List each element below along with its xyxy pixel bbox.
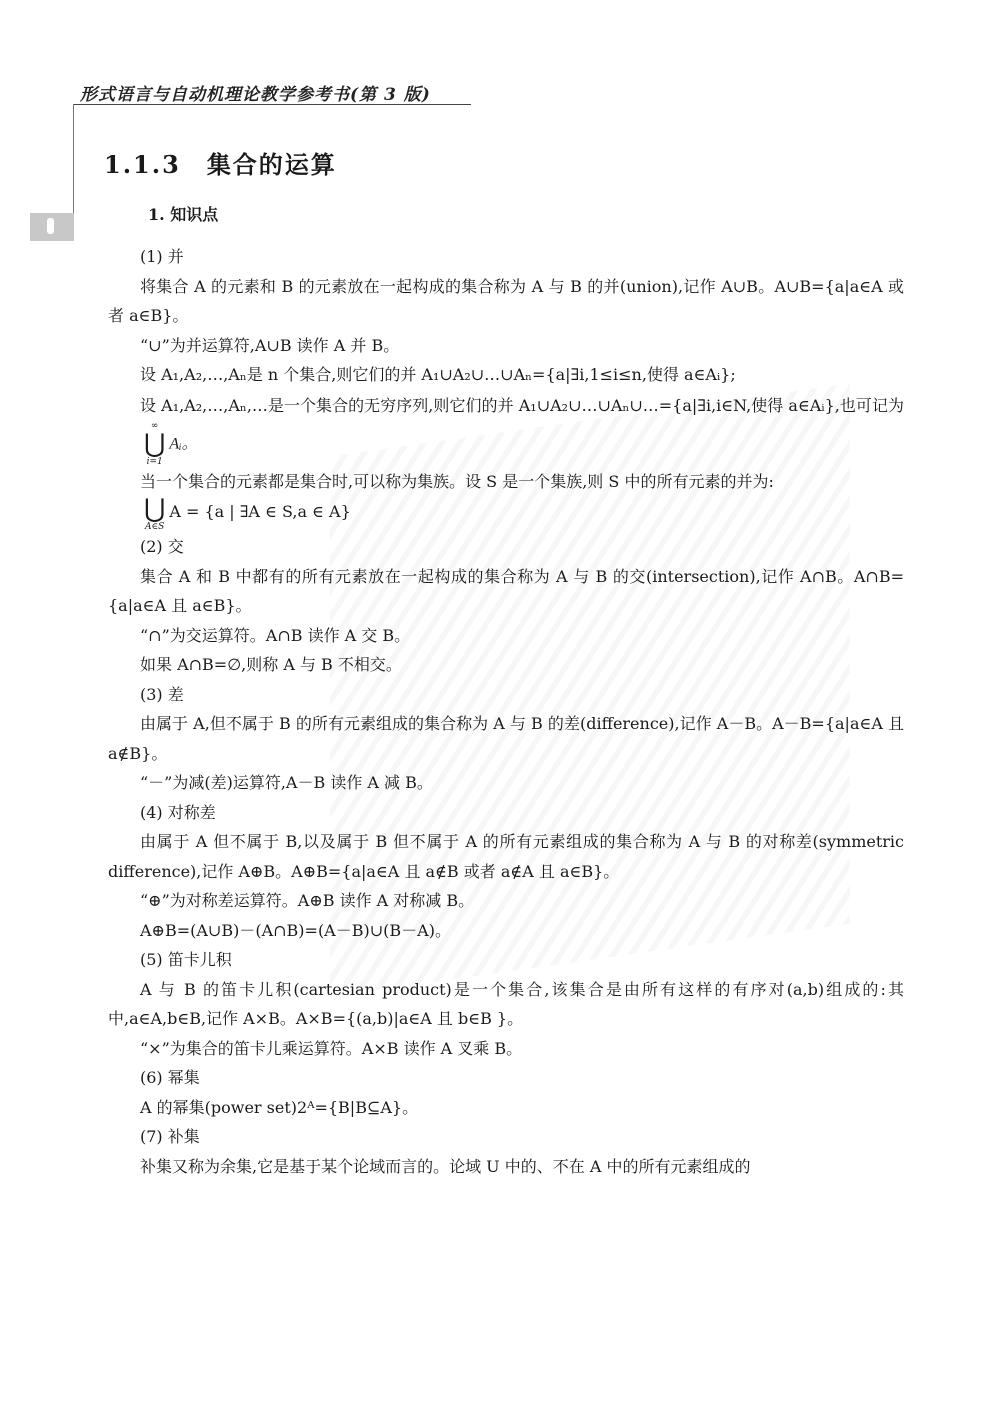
side-rule	[73, 104, 74, 214]
paragraph: “⊕”为对称差运算符。A⊕B 读作 A 对称减 B。	[108, 886, 904, 916]
section-name: 集合的运算	[207, 150, 337, 179]
paragraph: 将集合 A 的元素和 B 的元素放在一起构成的集合称为 A 与 B 的并(uni…	[108, 272, 904, 331]
item-heading: (3) 差	[108, 680, 904, 710]
paragraph: 集合 A 和 B 中都有的所有元素放在一起构成的集合称为 A 与 B 的交(in…	[108, 562, 904, 621]
paragraph: 设 A₁,A₂,…,Aₙ是 n 个集合,则它们的并 A₁∪A₂∪…∪Aₙ={a|…	[108, 360, 904, 390]
union-formula: ⋃A∈SA = {a | ∃A ∈ S,a ∈ A}	[108, 496, 904, 532]
paragraph: “∪”为并运算符,A∪B 读作 A 并 B。	[108, 331, 904, 361]
subheading: 1. 知识点	[148, 202, 218, 225]
paragraph: “－”为减(差)运算符,A－B 读作 A 减 B。	[108, 768, 904, 798]
paragraph: “∩”为交运算符。A∩B 读作 A 交 B。	[108, 621, 904, 651]
paragraph: 设 A₁,A₂,…,Aₙ,…是一个集合的无穷序列,则它们的并 A₁∪A₂∪…∪A…	[108, 390, 904, 467]
item-heading: (2) 交	[108, 532, 904, 562]
item-heading: (7) 补集	[108, 1122, 904, 1152]
paragraph: 如果 A∩B=∅,则称 A 与 B 不相交。	[108, 650, 904, 680]
item-heading: (4) 对称差	[108, 798, 904, 828]
section-number: 1.1.3	[104, 150, 181, 179]
paragraph: A 的幂集(power set)2ᴬ={B|B⊆A}。	[108, 1093, 904, 1123]
big-union-symbol: ⋃A∈S	[144, 496, 165, 532]
body-content: (1) 并 将集合 A 的元素和 B 的元素放在一起构成的集合称为 A 与 B …	[108, 242, 904, 1181]
paragraph: A 与 B 的笛卡儿积(cartesian product)是一个集合,该集合是…	[108, 975, 904, 1034]
item-heading: (6) 幂集	[108, 1063, 904, 1093]
paragraph: A⊕B=(A∪B)－(A∩B)=(A－B)∪(B－A)。	[108, 916, 904, 946]
paragraph: 由属于 A 但不属于 B,以及属于 B 但不属于 A 的所有元素组成的集合称为 …	[108, 827, 904, 886]
chapter-tab-icon	[47, 218, 54, 234]
item-heading: (5) 笛卡儿积	[108, 945, 904, 975]
section-title: 1.1.3集合的运算	[104, 145, 337, 180]
big-union-symbol: ∞⋃i=1	[112, 421, 165, 467]
paragraph: 补集又称为余集,它是基于某个论域而言的。论域 U 中的、不在 A 中的所有元素组…	[108, 1152, 904, 1182]
paragraph: 当一个集合的元素都是集合时,可以称为集族。设 S 是一个集族,则 S 中的所有元…	[108, 467, 904, 497]
paragraph: “×”为集合的笛卡儿乘运算符。A×B 读作 A 叉乘 B。	[108, 1034, 904, 1064]
running-header: 形式语言与自动机理论教学参考书(第 3 版)	[80, 80, 431, 105]
item-heading: (1) 并	[108, 242, 904, 272]
header-rule	[73, 104, 471, 105]
paragraph: 由属于 A,但不属于 B 的所有元素组成的集合称为 A 与 B 的差(diffe…	[108, 709, 904, 768]
